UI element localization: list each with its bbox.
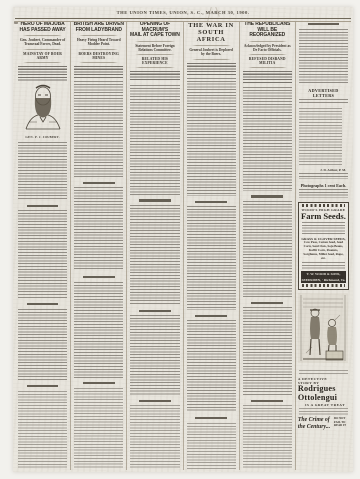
- crosshead: REFUSED DISBAND MILITIA: [242, 57, 293, 65]
- ad-text-block: [302, 262, 345, 269]
- body-text-block: [299, 99, 348, 104]
- crosshead: BOERS DESTROYING MINES: [73, 52, 124, 60]
- story-figure: [298, 293, 349, 368]
- ad-firm-address: SEEDSMEN, · Richmond, Va.: [301, 277, 346, 283]
- body-text-block: [299, 189, 348, 198]
- ad-urge-text: DO NOT FAIL TO READ IT: [334, 417, 349, 427]
- ad-text-block: [302, 222, 345, 235]
- column-5: THE REPUBLICANS WILL BE REORGANIZED Ackn…: [239, 22, 295, 470]
- simulated-crosshead: [251, 400, 283, 402]
- body-text-block: [18, 66, 67, 81]
- simulated-crosshead: [308, 23, 340, 25]
- body-text-block: [18, 142, 67, 200]
- detective-story-ad: A DETECTIVE STORY BY Rodrigues Ottolengu…: [298, 369, 349, 430]
- simulated-crosshead: [83, 276, 115, 278]
- headline: HAS PASSED AWAY: [17, 28, 68, 34]
- simulated-crosshead: [139, 400, 171, 402]
- section-rule: [192, 45, 231, 46]
- body-text-block: [74, 388, 123, 469]
- headline: WILL BE REORGANIZED: [242, 28, 293, 39]
- section-rule: [79, 62, 118, 63]
- simulated-crosshead: [195, 417, 227, 419]
- crosshead: MAINSTAY OF BOER ARMY: [17, 52, 68, 60]
- body-text-block: [74, 81, 123, 177]
- body-text-block: [187, 206, 236, 310]
- body-text-block: [187, 78, 236, 196]
- story-title-line: The Crime of: [298, 417, 334, 423]
- body-text-block: [74, 66, 123, 78]
- body-text-block: [243, 71, 292, 83]
- body-text-block: [299, 173, 348, 179]
- simulated-crosshead: [83, 182, 115, 184]
- body-text-block: [243, 405, 292, 469]
- ad-border-ornament: [302, 284, 345, 286]
- simulated-crosshead: [27, 205, 59, 207]
- ad-title-row: The Crime of the Century... DO NOT FAIL …: [298, 417, 349, 430]
- simulated-crosshead: [83, 382, 115, 384]
- headline: THE WAR IN: [186, 22, 237, 29]
- body-text-block: [187, 63, 236, 75]
- deck: Statement Before Foreign Relations Commi…: [129, 44, 180, 53]
- body-text-block: [130, 205, 179, 305]
- column-6: ADVERTISED LETTERS J. D. Arthur, P. M. P…: [295, 22, 351, 470]
- section-rule: [23, 35, 62, 36]
- ad-text-block: [299, 408, 348, 415]
- simulated-crosshead: [195, 201, 227, 203]
- simulated-crosshead: [139, 199, 171, 201]
- section-rule: [79, 49, 118, 50]
- body-text-block: [18, 391, 67, 469]
- simulated-crosshead: [195, 315, 227, 317]
- simulated-crosshead: [27, 303, 59, 305]
- column-4: THE WAR IN SOUTH AFRICA General Joubert …: [183, 22, 239, 470]
- section-rule: [248, 54, 287, 55]
- section-rule: [192, 59, 231, 60]
- column-1: HERO OF MAJUBA HAS PASSED AWAY Gen. Joub…: [15, 22, 70, 470]
- section-rule: [79, 35, 118, 36]
- column-2: BRITISH ARE DRIVEN FROM LADYBRAND Heavy …: [70, 22, 126, 470]
- ad-tagline: IS A GREAT TREAT: [298, 403, 349, 407]
- portrait-caption: GEN. P. J. JOUBERT.: [17, 135, 68, 139]
- body-text-block: [130, 85, 179, 195]
- masthead-dateline: THE UNION TIMES, UNION, S. C., MARCH 30,…: [13, 10, 353, 15]
- crosshead: RELATED HIS EXPERIENCE: [129, 57, 180, 65]
- deck: Gen. Joubert, Commander of Transvaal For…: [17, 38, 68, 47]
- joubert-portrait-illustration: [22, 84, 64, 130]
- body-text-block: [74, 282, 123, 378]
- simulated-crosshead: [27, 385, 59, 387]
- advertised-letters-heading: ADVERTISED LETTERS: [298, 88, 349, 98]
- deck: General Joubert is Deplored by the Boers…: [186, 48, 237, 57]
- body-text-block: [187, 423, 236, 469]
- body-text-block: [243, 307, 292, 395]
- headline: FROM LADYBRAND: [73, 28, 124, 34]
- body-text-block: [130, 405, 179, 469]
- ad-caption-block: [299, 370, 348, 375]
- postmaster-signature: J. D. Arthur, P. M.: [298, 168, 349, 172]
- body-text-block: [187, 320, 236, 412]
- farm-seeds-ad: WOOD'S HIGH GRADE Farm Seeds. GRASS & CL…: [298, 202, 349, 290]
- story-title-line: the Century...: [298, 424, 334, 430]
- story-title: The Crime of the Century...: [298, 417, 334, 430]
- section-rule: [135, 41, 174, 42]
- deck: Acknowledged by President as De Facto Of…: [242, 44, 293, 53]
- body-text-block: [299, 29, 348, 85]
- body-text-block: [18, 309, 67, 381]
- headline: SOUTH AFRICA: [186, 29, 237, 43]
- body-text-block: [243, 87, 292, 191]
- simulated-crosshead: [251, 195, 283, 197]
- section-rule: [23, 49, 62, 50]
- section-rule: [248, 67, 287, 68]
- photographs-notice: Photographs 1 cent Each.: [298, 183, 349, 188]
- section-rule: [23, 62, 62, 63]
- letters-list-block: [299, 108, 342, 166]
- story-illustration: [298, 293, 348, 363]
- body-text-block: [243, 201, 292, 297]
- column-3: OPENING OF MACRUM'S MAIL AT CAPE TOWN St…: [126, 22, 182, 470]
- simulated-crosshead: [139, 310, 171, 312]
- deck: Heavy Firing Heard Toward Modder Point.: [73, 38, 124, 47]
- column-grid: HERO OF MAJUBA HAS PASSED AWAY Gen. Joub…: [15, 22, 351, 470]
- section-rule: [248, 41, 287, 42]
- ad-border-ornament: [302, 204, 345, 206]
- ad-author-name: Ottolengui: [298, 394, 349, 403]
- body-text-block: [130, 71, 179, 81]
- body-text-block: [18, 210, 67, 298]
- portrait-figure: GEN. P. J. JOUBERT.: [17, 84, 68, 139]
- ad-firm-name: T. W. WOOD & SONS,: [301, 271, 346, 277]
- newspaper-page: THE UNION TIMES, UNION, S. C., MARCH 30,…: [13, 7, 353, 472]
- simulated-crosshead: [251, 302, 283, 304]
- section-rule: [135, 54, 174, 55]
- ad-seed-list: Cow Peas, Cotton Seed, Seed Corn, Seed O…: [301, 241, 346, 261]
- section-rule: [135, 67, 174, 68]
- body-text-block: [130, 315, 179, 395]
- ad-title: Farm Seeds.: [301, 212, 346, 221]
- headline: MAIL AT CAPE TOWN: [129, 33, 180, 39]
- body-text-block: [74, 187, 123, 271]
